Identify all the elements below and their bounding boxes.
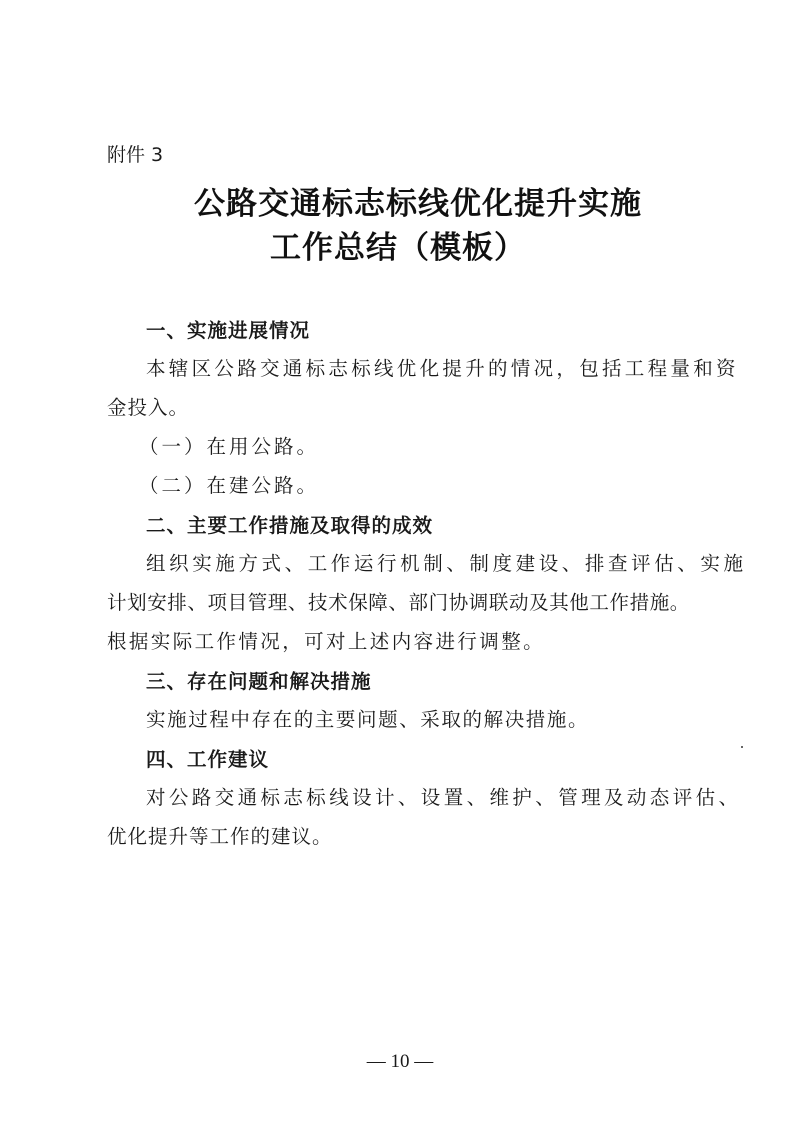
scan-speck [741, 746, 743, 748]
section-heading-2: 二、主要工作措施及取得的成效 [107, 506, 712, 545]
paragraph-line: 计划安排、项目管理、技术保障、部门协调联动及其他工作措施。 [107, 584, 712, 623]
document-body: 一、实施进展情况 本辖区公路交通标志标线优化提升的情况，包括工程量和资 金投入。… [107, 311, 712, 857]
section-heading-4: 四、工作建议 [107, 740, 712, 779]
subsection-item-2: （二）在建公路。 [107, 467, 712, 506]
paragraph-line: 金投入。 [107, 389, 712, 428]
paragraph-line: 对公路交通标志标线设计、设置、维护、管理及动态评估、 [107, 779, 712, 818]
document-title-line-2: 工作总结（模板） [0, 228, 798, 268]
paragraph-line: 实施过程中存在的主要问题、采取的解决措施。 [107, 701, 712, 740]
document-page: 附件 3 公路交通标志标线优化提升实施 工作总结（模板） 一、实施进展情况 本辖… [0, 0, 800, 1134]
page-number: — 10 — [0, 1050, 800, 1074]
paragraph-line: 组织实施方式、工作运行机制、制度建设、排查评估、实施 [107, 545, 712, 584]
attachment-label: 附件 3 [107, 143, 163, 167]
paragraph-line: 根据实际工作情况，可对上述内容进行调整。 [107, 623, 712, 662]
subsection-item-1: （一）在用公路。 [107, 428, 712, 467]
section-heading-3: 三、存在问题和解决措施 [107, 662, 712, 701]
section-heading-1: 一、实施进展情况 [107, 311, 712, 350]
paragraph-line: 优化提升等工作的建议。 [107, 818, 712, 857]
paragraph-line: 本辖区公路交通标志标线优化提升的情况，包括工程量和资 [107, 350, 712, 389]
document-title-line-1: 公路交通标志标线优化提升实施 [18, 184, 800, 224]
